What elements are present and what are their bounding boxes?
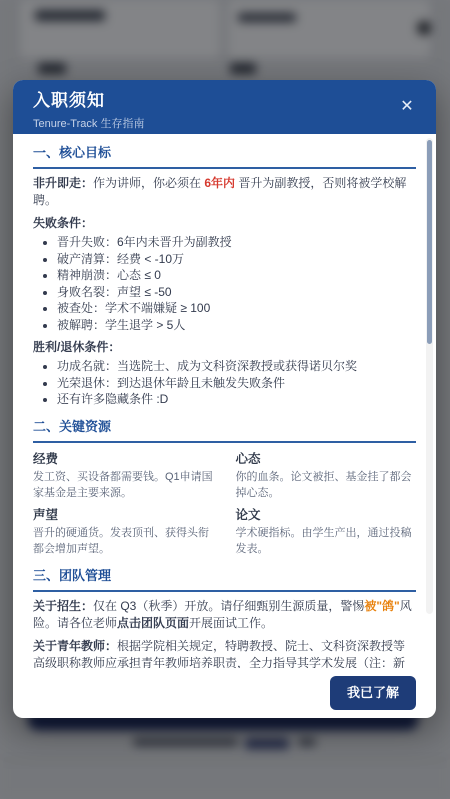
resource-desc: 学术硬指标。由学生产出，通过投稿发表。 (236, 525, 417, 557)
list-item: 精神崩溃：心态 ≤ 0 (57, 267, 416, 284)
recruiting-label: 关于招生： (33, 599, 93, 613)
resource-cell-reputation: 声望 晋升的硬通货。发表顶刊、获得头衔都会增加声望。 (33, 507, 214, 557)
list-item: 破产清算：经费 < -10万 (57, 251, 416, 268)
list-item: 被查处：学术不端嫌疑 ≥ 100 (57, 300, 416, 317)
list-item: 功成名就：当选院士、成为文科资深教授或获得诺贝尔奖 (57, 358, 416, 375)
junior-faculty-label: 关于青年教师： (33, 639, 117, 653)
resource-cell-papers: 论文 学术硬指标。由学生产出，通过投稿发表。 (236, 507, 417, 557)
modal-footer: 我已了解 (13, 668, 436, 718)
list-item: 被解聘：学生退学 > 5人 (57, 317, 416, 334)
modal-title: 入职须知 (33, 89, 416, 113)
recruiting-paragraph: 关于招生：仅在 Q3（秋季）开放。请仔细甄别生源质量，警惕被"鸽"风险。请各位老… (33, 598, 416, 632)
recruiting-post: 开展面试工作。 (189, 616, 273, 630)
resource-desc: 晋升的硬通货。发表顶刊、获得头衔都会增加声望。 (33, 525, 214, 557)
up-or-out-pre: 作为讲师，你必须在 (93, 176, 204, 190)
resource-cell-funding: 经费 发工资、买设备都需要钱。Q1申请国家基金是主要来源。 (33, 451, 214, 501)
up-or-out-label: 非升即走： (33, 176, 93, 190)
resource-term: 经费 (33, 451, 214, 468)
section-heading-team-management: 三、团队管理 (33, 567, 416, 592)
section-heading-core-goals: 一、核心目标 (33, 144, 416, 169)
section-heading-key-resources: 二、关键资源 (33, 418, 416, 443)
recruiting-highlight: 被"鸽" (364, 599, 399, 613)
resource-desc: 你的血条。论文被拒、基金挂了都会掉心态。 (236, 469, 417, 501)
junior-faculty-paragraph: 关于青年教师：根据学院相关规定，特聘教授、院士、文科资深教授等高级职称教师应承担… (33, 638, 416, 669)
resource-term: 心态 (236, 451, 417, 468)
onboarding-modal: 入职须知 Tenure-Track 生存指南 ✕ 一、核心目标 非升即走：作为讲… (13, 80, 436, 718)
close-icon[interactable]: ✕ (396, 96, 418, 118)
win-conditions-label: 胜利/退休条件： (33, 339, 416, 356)
resource-term: 论文 (236, 507, 417, 524)
resources-grid: 经费 发工资、买设备都需要钱。Q1申请国家基金是主要来源。 心态 你的血条。论文… (33, 451, 416, 557)
scrollbar-thumb[interactable] (427, 140, 432, 344)
up-or-out-paragraph: 非升即走：作为讲师，你必须在 6年内 晋升为副教授，否则将被学校解聘。 (33, 175, 416, 209)
resource-cell-mindset: 心态 你的血条。论文被拒、基金挂了都会掉心态。 (236, 451, 417, 501)
modal-subtitle: Tenure-Track 生存指南 (33, 115, 416, 131)
list-item: 光荣退休：到达退休年龄且未触发失败条件 (57, 375, 416, 392)
resource-term: 声望 (33, 507, 214, 524)
list-item: 还有许多隐藏条件 :D (57, 391, 416, 408)
confirm-button[interactable]: 我已了解 (330, 676, 416, 710)
list-item: 晋升失败：6年内未晋升为副教授 (57, 234, 416, 251)
fail-conditions-list: 晋升失败：6年内未晋升为副教授 破产清算：经费 < -10万 精神崩溃：心态 ≤… (33, 234, 416, 333)
recruiting-pre: 仅在 Q3（秋季）开放。请仔细甄别生源质量，警惕 (93, 599, 364, 613)
up-or-out-highlight: 6年内 (204, 176, 235, 190)
fail-conditions-label: 失败条件： (33, 215, 416, 232)
resource-desc: 发工资、买设备都需要钱。Q1申请国家基金是主要来源。 (33, 469, 214, 501)
recruiting-bold: 点击团队页面 (117, 616, 189, 630)
modal-header: 入职须知 Tenure-Track 生存指南 ✕ (13, 80, 436, 134)
modal-body: 一、核心目标 非升即走：作为讲师，你必须在 6年内 晋升为副教授，否则将被学校解… (13, 134, 436, 668)
win-conditions-list: 功成名就：当选院士、成为文科资深教授或获得诺贝尔奖 光荣退休：到达退休年龄且未触… (33, 358, 416, 408)
list-item: 身败名裂：声望 ≤ -50 (57, 284, 416, 301)
